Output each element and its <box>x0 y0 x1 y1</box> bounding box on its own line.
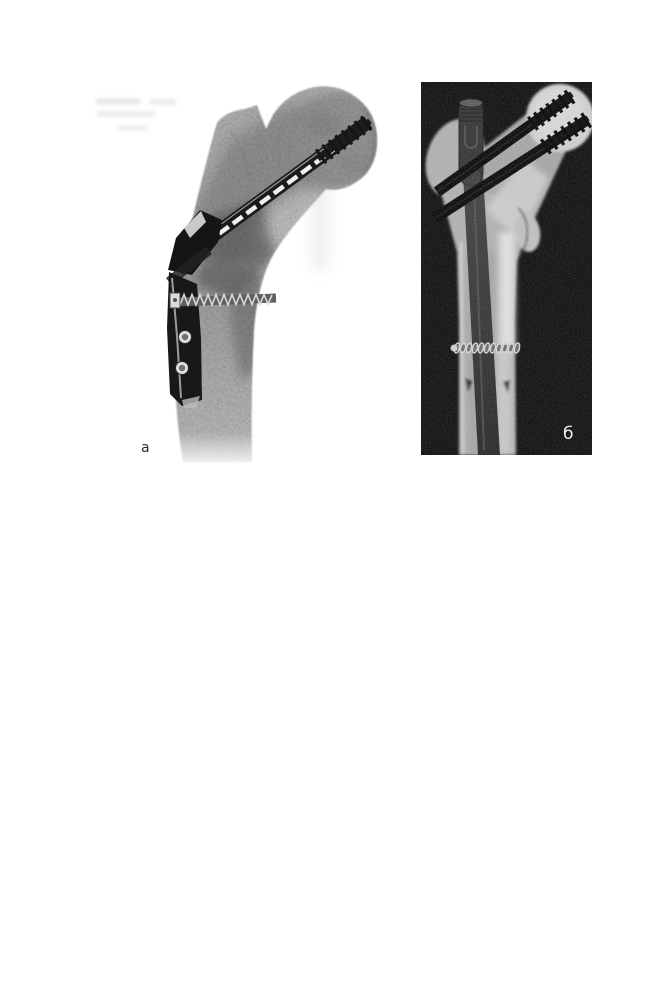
panel-a-label: а <box>141 441 150 455</box>
photo-bottom-fade <box>158 432 263 470</box>
scanned-page: а <box>0 0 670 997</box>
panel-a-photo <box>80 70 390 470</box>
xray-grain <box>421 82 592 455</box>
plate-screw-hole <box>179 331 192 344</box>
panel-b-radiograph <box>421 82 592 455</box>
plate-screw-hole <box>176 362 189 375</box>
panel-b-label: б <box>563 426 573 443</box>
